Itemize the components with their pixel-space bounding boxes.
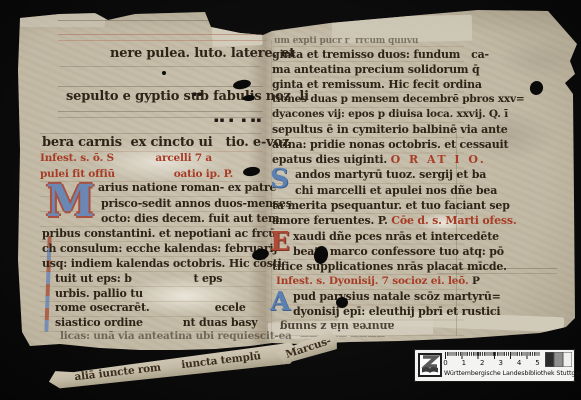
neume-cluster: ▪▪ bbox=[192, 90, 204, 97]
ruled-line bbox=[58, 111, 263, 112]
ruled-line bbox=[40, 133, 262, 134]
body-line: ch consulum: ecche kalendas: februarij bbox=[42, 243, 277, 254]
grayscale-color-patches bbox=[545, 352, 572, 367]
rubric-line: Infest. s. ō. S arcelli 7 a bbox=[40, 153, 212, 164]
neume-cluster: ▪▪ ▪ ▪ ▪▪ bbox=[214, 116, 262, 123]
body-line: tuit ut eps: b t eps bbox=[55, 273, 222, 284]
body-line: octo: dies decem. fuit aut tem bbox=[101, 213, 280, 224]
initial-a: A bbox=[270, 289, 290, 315]
chant-line: nere pulea. luto. latere. et bbox=[110, 47, 295, 60]
gray-patch bbox=[554, 352, 563, 367]
ruled-line bbox=[58, 40, 266, 41]
body-line: dyacones vij: epos p diuisa loca. xxvij.… bbox=[272, 109, 508, 120]
chant-line: bera carnis ex cincto ui tio. e-voz bbox=[42, 136, 289, 149]
body-line: sepultus ē in cymiterio balbinē via ante bbox=[272, 124, 508, 135]
ruler-number: 1 bbox=[460, 359, 467, 368]
strip-text: aliā iuncte rom iuncta templū bbox=[74, 351, 261, 383]
body-line: siastico ordine nt duas basy bbox=[55, 317, 258, 328]
body-line: pribus constantini. et nepotiani ac frcū bbox=[42, 228, 276, 239]
body-line: tiones duas p mensem decembrē pbros xxv= bbox=[272, 94, 524, 105]
ruler-numbers: 012345 bbox=[442, 359, 541, 368]
body-line: licas: unā via anteatina ubi requiescit-… bbox=[60, 331, 292, 342]
parchment-hole bbox=[336, 297, 348, 308]
ruler-number: 0 bbox=[442, 359, 449, 368]
body-line: ginta et tremisso duos: fundum ca- bbox=[272, 49, 489, 60]
body-line: ginta et remissum. Hic fecit ordina bbox=[272, 79, 482, 90]
ruler-number: 4 bbox=[516, 359, 523, 368]
body-line: rome osecrarēt. ecele bbox=[55, 302, 246, 313]
body-line: urbis. pallio tu bbox=[55, 288, 143, 299]
body-line: atina: pridie nonas octobris. et cessaui… bbox=[272, 139, 508, 150]
ruled-line bbox=[58, 20, 263, 21]
ruled-line bbox=[60, 66, 260, 67]
body-line: um expti pucr r rrcum quuvu bbox=[274, 37, 418, 46]
gray-patch bbox=[563, 352, 572, 367]
body-line: pud parysius natale scōz martyrū= bbox=[293, 291, 501, 302]
parchment-hole bbox=[162, 71, 166, 75]
scale-bar: 012345 Württembergische Landesbibliothek… bbox=[414, 349, 575, 382]
initial-e: E bbox=[270, 229, 290, 255]
body-line: prisco-sedit annos duos-menses bbox=[101, 198, 292, 209]
body-line: arius natione roman- ex patre bbox=[98, 182, 276, 193]
wlb-logo-icon bbox=[418, 353, 442, 377]
ruled-line bbox=[58, 34, 266, 35]
ruler-number: 3 bbox=[497, 359, 504, 368]
library-caption: Württembergische Landesbibliothek Stuttg… bbox=[444, 370, 574, 377]
body-line-with-oratio: epatus dies uiginti. O R AT I O. bbox=[272, 154, 486, 165]
body-line: ma anteatina precium solidorum q̄ bbox=[272, 64, 479, 75]
body-line: dyonisij epī: eleuthij pbrī et rustici bbox=[293, 306, 500, 317]
inverted-line: anurea uia z suung bbox=[280, 321, 394, 332]
ruler-number: 2 bbox=[479, 359, 486, 368]
manuscript-photo: nere pulea. luto. latere. etsepulto e gy… bbox=[0, 0, 581, 400]
body-line: ta merita psequantur. et tuo faciant sep bbox=[272, 200, 510, 211]
body-line: xaudi dñe pces nrās et intercedēte bbox=[293, 231, 499, 242]
gray-patch bbox=[545, 352, 554, 367]
body-line: andos martyrū tuoz. sergij et ba bbox=[295, 169, 486, 180]
body-line: usq: indiem kalendas octobris. Hic cōsti bbox=[42, 258, 282, 269]
rubric-line: Infest. s. Dyonisij. 7 socioz ei. leō. P bbox=[276, 276, 480, 287]
decorated-initial-m: M bbox=[46, 180, 95, 224]
body-line: chi marcelli et apulei nos dñe bea bbox=[295, 185, 497, 196]
parchment-hole bbox=[528, 79, 545, 97]
parchment-leaf: nere pulea. luto. latere. etsepulto e gy… bbox=[0, 0, 581, 400]
body-line: tifice supplicationes nrās placat mīcde. bbox=[272, 261, 507, 272]
ruler-number: 5 bbox=[534, 359, 541, 368]
parchment-hole bbox=[242, 166, 260, 177]
body-line: amore feruentes. P. Cōe d. s. Marti ofes… bbox=[272, 215, 517, 226]
ruler-ticks bbox=[445, 352, 540, 359]
initial-s: S bbox=[270, 166, 289, 192]
repair-patch bbox=[211, 14, 262, 47]
ruled-line bbox=[437, 273, 557, 274]
